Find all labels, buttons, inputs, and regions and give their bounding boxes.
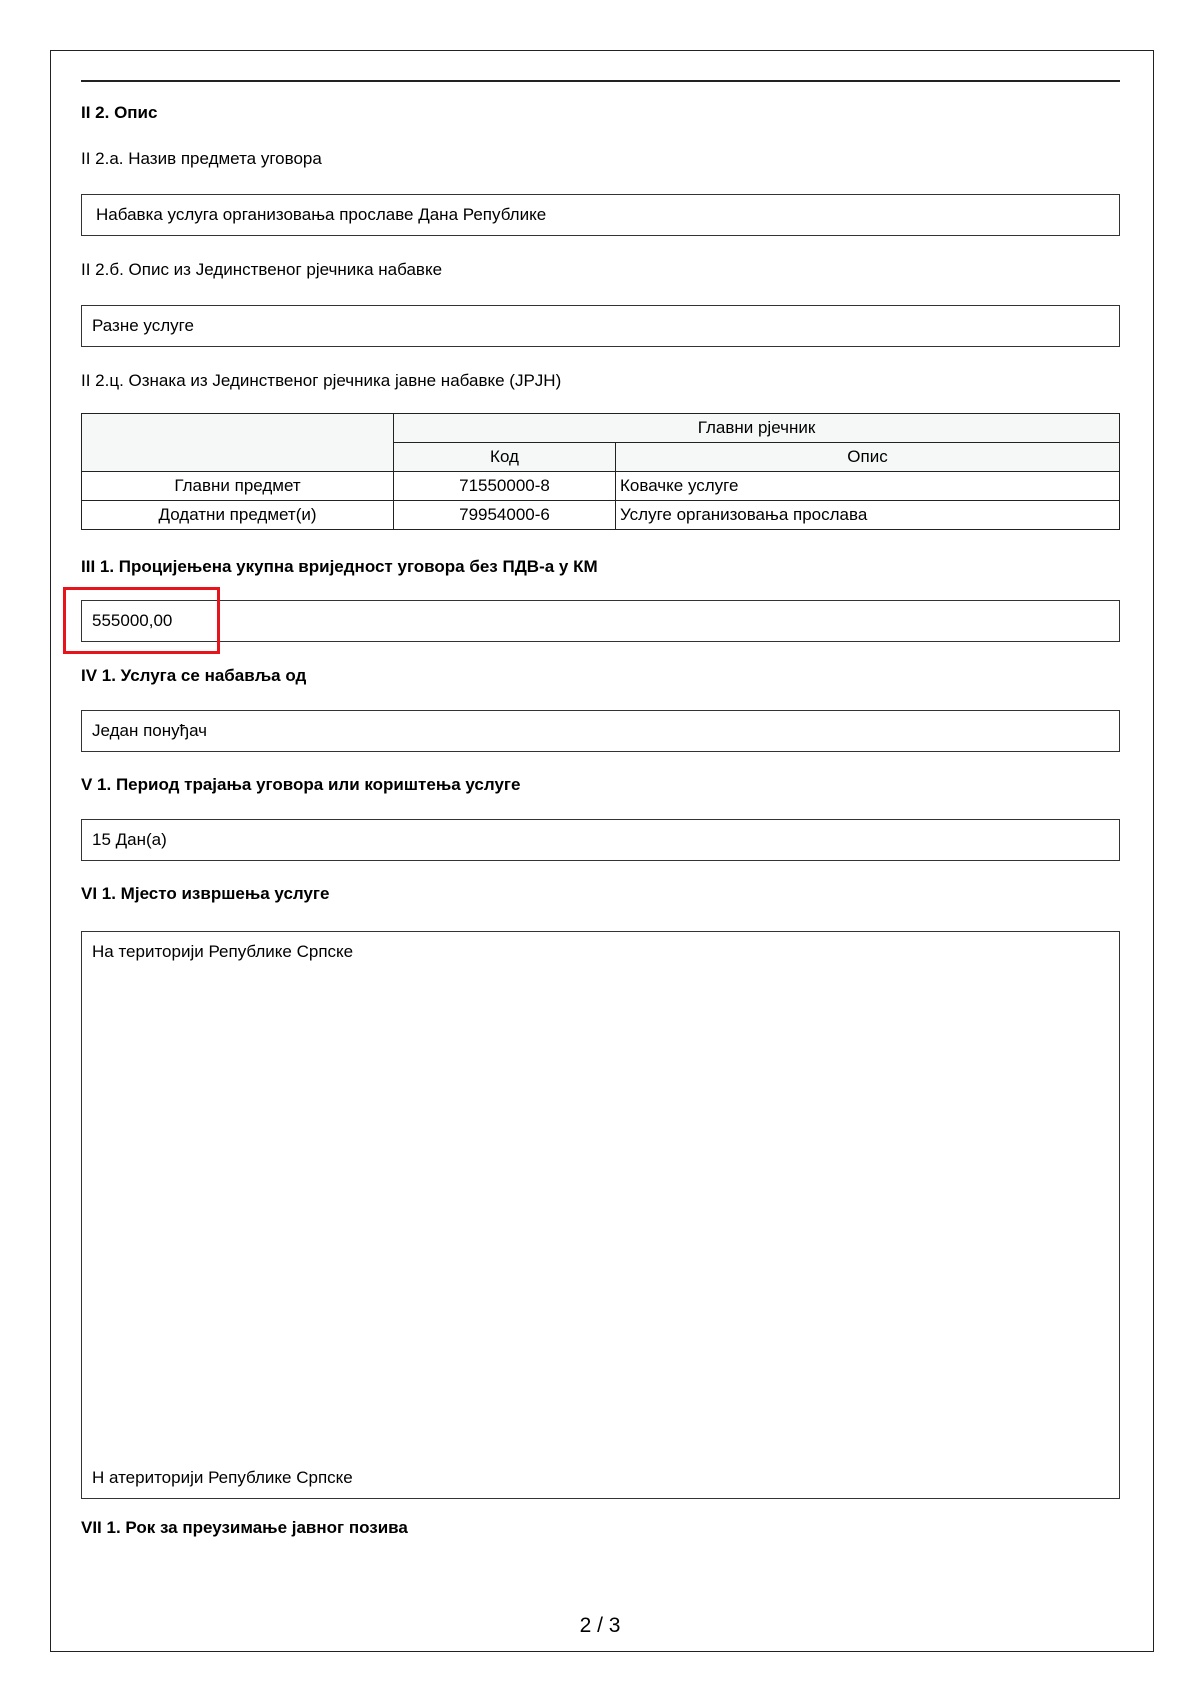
label-ii2c: II 2.ц. Ознака из Јединственог рјечника … — [81, 371, 561, 391]
table-cell-code: 71550000-8 — [394, 472, 616, 501]
field-estimated-value: 555000,00 — [81, 600, 1120, 642]
table-column-header-description: Опис — [616, 443, 1120, 472]
field-contract-duration: 15 Дан(а) — [81, 819, 1120, 861]
field-place-of-service: На територији Републике Српске Н атерито… — [81, 931, 1120, 1499]
table-row: Главни предмет 71550000-8 Ковачке услуге — [82, 472, 1120, 501]
table-corner-cell — [82, 414, 394, 472]
field-place-of-service-line1: На територији Републике Српске — [92, 942, 353, 962]
field-contract-subject-value: Набавка услуга организовања прославе Дан… — [96, 205, 546, 224]
label-ii2a: II 2.а. Назив предмета уговора — [81, 149, 322, 169]
table-cell-label: Додатни предмет(и) — [82, 501, 394, 530]
field-procured-from: Један понуђач — [81, 710, 1120, 752]
field-contract-duration-value: 15 Дан(а) — [92, 830, 167, 849]
section-heading-ii2: II 2. Опис — [81, 103, 157, 123]
table-row: Додатни предмет(и) 79954000-6 Услуге орг… — [82, 501, 1120, 530]
table-cell-label: Главни предмет — [82, 472, 394, 501]
section-heading-vi1: VI 1. Мјесто извршења услуге — [81, 884, 329, 904]
highlight-annotation-box — [63, 587, 220, 654]
table-group-header: Главни рјечник — [394, 414, 1120, 443]
jpjh-table: Главни рјечник Код Опис Главни предмет 7… — [81, 413, 1120, 530]
field-contract-subject: Набавка услуга организовања прославе Дан… — [81, 194, 1120, 236]
section-heading-v1: V 1. Период трајања уговора или кориштењ… — [81, 775, 520, 795]
section-heading-iii1: III 1. Процијењена укупна вриједност уго… — [81, 557, 598, 577]
field-vocabulary-description: Разне услуге — [81, 305, 1120, 347]
table-cell-description: Услуге организовања прослава — [616, 501, 1120, 530]
table-cell-description: Ковачке услуге — [616, 472, 1120, 501]
top-divider — [81, 80, 1120, 82]
label-ii2b: II 2.б. Опис из Јединственог рјечника на… — [81, 260, 442, 280]
field-procured-from-value: Један понуђач — [92, 721, 207, 740]
field-place-of-service-line2: Н атериторији Републике Српске — [92, 1468, 353, 1488]
field-vocabulary-description-value: Разне услуге — [92, 316, 194, 335]
table-cell-code: 79954000-6 — [394, 501, 616, 530]
page-number: 2 / 3 — [0, 1614, 1200, 1638]
table-column-header-code: Код — [394, 443, 616, 472]
section-heading-vii1: VII 1. Рок за преузимање јавног позива — [81, 1518, 408, 1538]
section-heading-iv1: IV 1. Услуга се набавља од — [81, 666, 306, 686]
